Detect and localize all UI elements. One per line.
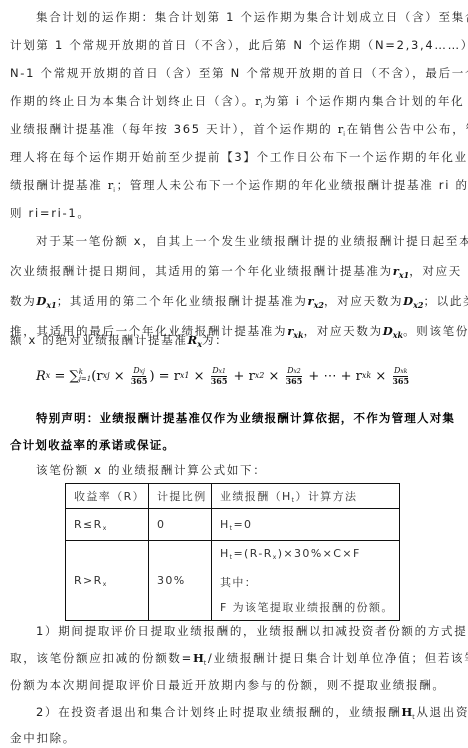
formula-sigma: ∑: [69, 369, 78, 384]
para1-line3: N-1 个常规开放期的首日（含）至第 N 个常规开放期的首日（不含），最后一个运: [10, 65, 468, 81]
frac-num-sub: x1: [219, 368, 226, 375]
cond-sub: x: [103, 581, 108, 588]
method-post: =0: [233, 518, 252, 531]
text: 额 x 的绝对业绩报酬计提基准: [10, 333, 188, 347]
cell-condition: R≤Rx: [66, 509, 149, 541]
frac-num-sub: x2: [294, 368, 301, 375]
text: ；以此类: [423, 294, 468, 308]
cond-text: R>R: [74, 574, 103, 587]
text: ，对应天: [409, 264, 462, 278]
text: 从退出资: [416, 705, 468, 719]
text: 次业绩报酬计提日期间，其适用的第一个年化业绩报酬计提基准为: [10, 264, 393, 278]
subscript: x2: [314, 300, 324, 310]
para1-line1: 集合计划的运作期：集合计划第 1 个运作期为集合计划成立日（含）至集合: [36, 9, 468, 25]
header-ratio: 计提比例: [149, 484, 212, 509]
text: 2）在投资者退出和集合计划终止时提取业绩报酬的，业绩报酬: [36, 705, 401, 719]
cell-method: Ht=0: [212, 509, 400, 541]
para1-line6: 理人将在每个运作期开始前至少提前【3】个工作日公布下一个运作期的年化业: [10, 149, 468, 165]
cond-sub: x: [103, 525, 108, 532]
formula-times: ×: [190, 369, 209, 384]
formula-plus: +: [304, 369, 323, 384]
para1-line2: 计划第 1 个常规开放期的首日（不含），此后第 N 个运作期（N=2,3,4………: [10, 37, 468, 53]
text: 业绩报酬计提基准（每年按 365 天计），首个运作期的: [10, 122, 338, 136]
cond-text: R≤R: [74, 518, 103, 531]
formula-frac-x1: Dx1365: [211, 366, 228, 386]
header-method-post: ）计算方法: [295, 490, 357, 503]
rx-formula: Rx = ∑ kj=1 (rxj × Dxj365 ) = rx1 × Dx13…: [36, 366, 411, 386]
method-pre: H: [220, 518, 230, 531]
text: 在销售公告中公布，管: [347, 122, 468, 136]
text: 作期的终止日为本集合计划终止日（含）。: [10, 94, 255, 108]
variable-d: D: [383, 324, 393, 338]
formula-times: ×: [110, 369, 129, 384]
table-row: R>Rx 30% Ht=(R-Rx)×30%×C×F 其中： F 为该笔提取业绩…: [66, 541, 400, 621]
formula-ellipsis: ⋯: [323, 369, 336, 384]
text: ，对应天数为: [304, 324, 383, 338]
m-mid: =(R-R: [233, 547, 272, 560]
para1-line5: 业绩报酬计提基准（每年按 365 天计），首个运作期的 ri在销售公告中公布，管: [10, 121, 468, 137]
cell-condition: R>Rx: [66, 541, 149, 621]
variable-h: H: [401, 705, 412, 719]
text: 为第 i 个运作期内集合计划的年化: [264, 94, 464, 108]
item1-line1: 1）期间提取评价日提取业绩报酬的，业绩报酬以扣减投资者份额的方式提: [36, 623, 467, 639]
item2-line1: 2）在投资者退出和集合计划终止时提取业绩报酬的，业绩报酬Ht从退出资: [36, 704, 468, 720]
text: ；其适用的第二个年化业绩报酬计提基准为: [57, 294, 308, 308]
method-line2: 其中：: [220, 570, 399, 595]
formula-t2: r: [249, 369, 255, 384]
special-notice-line2: 合计划收益率的承诺或保证。: [10, 437, 175, 453]
cell-ratio: 30%: [149, 541, 212, 621]
variable-R: R: [188, 333, 198, 347]
formula-frac-x2: Dx2365: [286, 366, 303, 386]
formula-plus: +: [229, 369, 248, 384]
para1-line7: 绩报酬计提基准 ri；管理人未公布下一个运作期的年化业绩报酬计提基准 ri 的，: [10, 177, 468, 193]
formula-plus: +: [336, 369, 355, 384]
subscript: x1: [46, 300, 56, 310]
text: 为：: [202, 333, 228, 347]
subscript: x2: [413, 300, 423, 310]
formula-frac-xk: Dxk365: [392, 366, 409, 386]
item2-line2: 金中扣除。: [10, 730, 76, 746]
performance-fee-table: 收益率（R） 计提比例 业绩报酬（Ht）计算方法 R≤Rx 0 Ht=0 R>R…: [65, 483, 400, 621]
para2-line2: 次业绩报酬计提日期间，其适用的第一个年化业绩报酬计提基准为rx1，对应天: [10, 263, 462, 279]
formula-times: ×: [371, 369, 390, 384]
formula-tk: r: [356, 369, 362, 384]
header-return-rate: 收益率（R）: [66, 484, 149, 509]
header-method: 业绩报酬（Ht）计算方法: [212, 484, 400, 509]
item1-line3: 份额为本次期间提取评价日最近开放期内参与的份额，则不提取业绩报酬。: [10, 677, 446, 693]
variable-d: D: [36, 294, 46, 308]
table-header-row: 收益率（R） 计提比例 业绩报酬（Ht）计算方法: [66, 484, 400, 509]
document-page: 集合计划的运作期：集合计划第 1 个运作期为集合计划成立日（含）至集合 计划第 …: [0, 0, 468, 748]
para2-line3: 数为Dx1；其适用的第二个年化业绩报酬计提基准为rx2，对应天数为Dx2；以此类: [10, 293, 468, 309]
subscript: xk: [393, 330, 403, 340]
formula-eq: =: [50, 369, 69, 384]
text: 。则该笔份: [403, 324, 468, 338]
frac-num-sub: xk: [400, 368, 407, 375]
para2-line5-text: 额 x 的绝对业绩报酬计提基准Rx为：: [10, 332, 228, 348]
frac-denominator: 365: [392, 377, 409, 386]
formula-sigma-limits: kj=1: [79, 369, 92, 383]
text: 绩报酬计提基准: [10, 178, 108, 192]
item1-line2: 取，该笔份额应扣减的份额数=Ht/业绩报酬计提日集合计划单位净值；但若该笔: [10, 650, 468, 666]
formula-intro: 该笔份额 x 的业绩报酬计算公式如下：: [36, 462, 266, 478]
subscript: xk: [293, 330, 303, 340]
formula-frac1: Dxj365: [131, 366, 148, 386]
frac-denominator: 365: [286, 377, 303, 386]
formula-lhs: R: [36, 369, 46, 384]
formula-eq2: =: [155, 369, 174, 384]
formula-term1-open: (r: [91, 369, 102, 384]
header-method-pre: 业绩报酬（H: [220, 490, 292, 503]
variable-h: H: [193, 651, 204, 665]
text: /业绩报酬计提日集合计划单位净值；但若该笔: [208, 651, 468, 665]
sigma-sub: j=1: [79, 376, 92, 383]
frac-denominator: 365: [211, 377, 228, 386]
table-row: R≤Rx 0 Ht=0: [66, 509, 400, 541]
frac-denominator: 365: [131, 377, 148, 386]
frac-num-sub: xj: [140, 368, 145, 375]
special-notice-line1: 特别声明：业绩报酬计提基准仅作为业绩报酬计算依据，不作为管理人对集: [36, 410, 455, 426]
m-post: )×30%×C×F: [278, 547, 361, 560]
variable-d: D: [403, 294, 413, 308]
text: 数为: [10, 294, 36, 308]
method-line1: Ht=(R-Rx)×30%×C×F: [220, 541, 399, 570]
cell-ratio: 0: [149, 509, 212, 541]
text: 取，该笔份额应扣减的份额数=: [10, 651, 193, 665]
subscript: x1: [399, 270, 409, 280]
formula-t1: r: [174, 369, 180, 384]
formula-times: ×: [264, 369, 283, 384]
para1-line4: 作期的终止日为本集合计划终止日（含）。ri为第 i 个运作期内集合计划的年化: [10, 93, 464, 109]
para1-line8: 则 ri=ri-1。: [10, 205, 91, 221]
cell-method: Ht=(R-Rx)×30%×C×F 其中： F 为该笔提取业绩报酬的份额。: [212, 541, 400, 621]
method-line3: F 为该笔提取业绩报酬的份额。: [220, 595, 399, 620]
m-pre: H: [220, 547, 230, 560]
text: ，对应天数为: [324, 294, 403, 308]
para2-line1: 对于某一笔份额 x，自其上一个发生业绩报酬计提的业绩报酬计提日起至本: [36, 233, 468, 249]
text: ；管理人未公布下一个运作期的年化业绩报酬计提基准 ri 的，: [117, 178, 468, 192]
